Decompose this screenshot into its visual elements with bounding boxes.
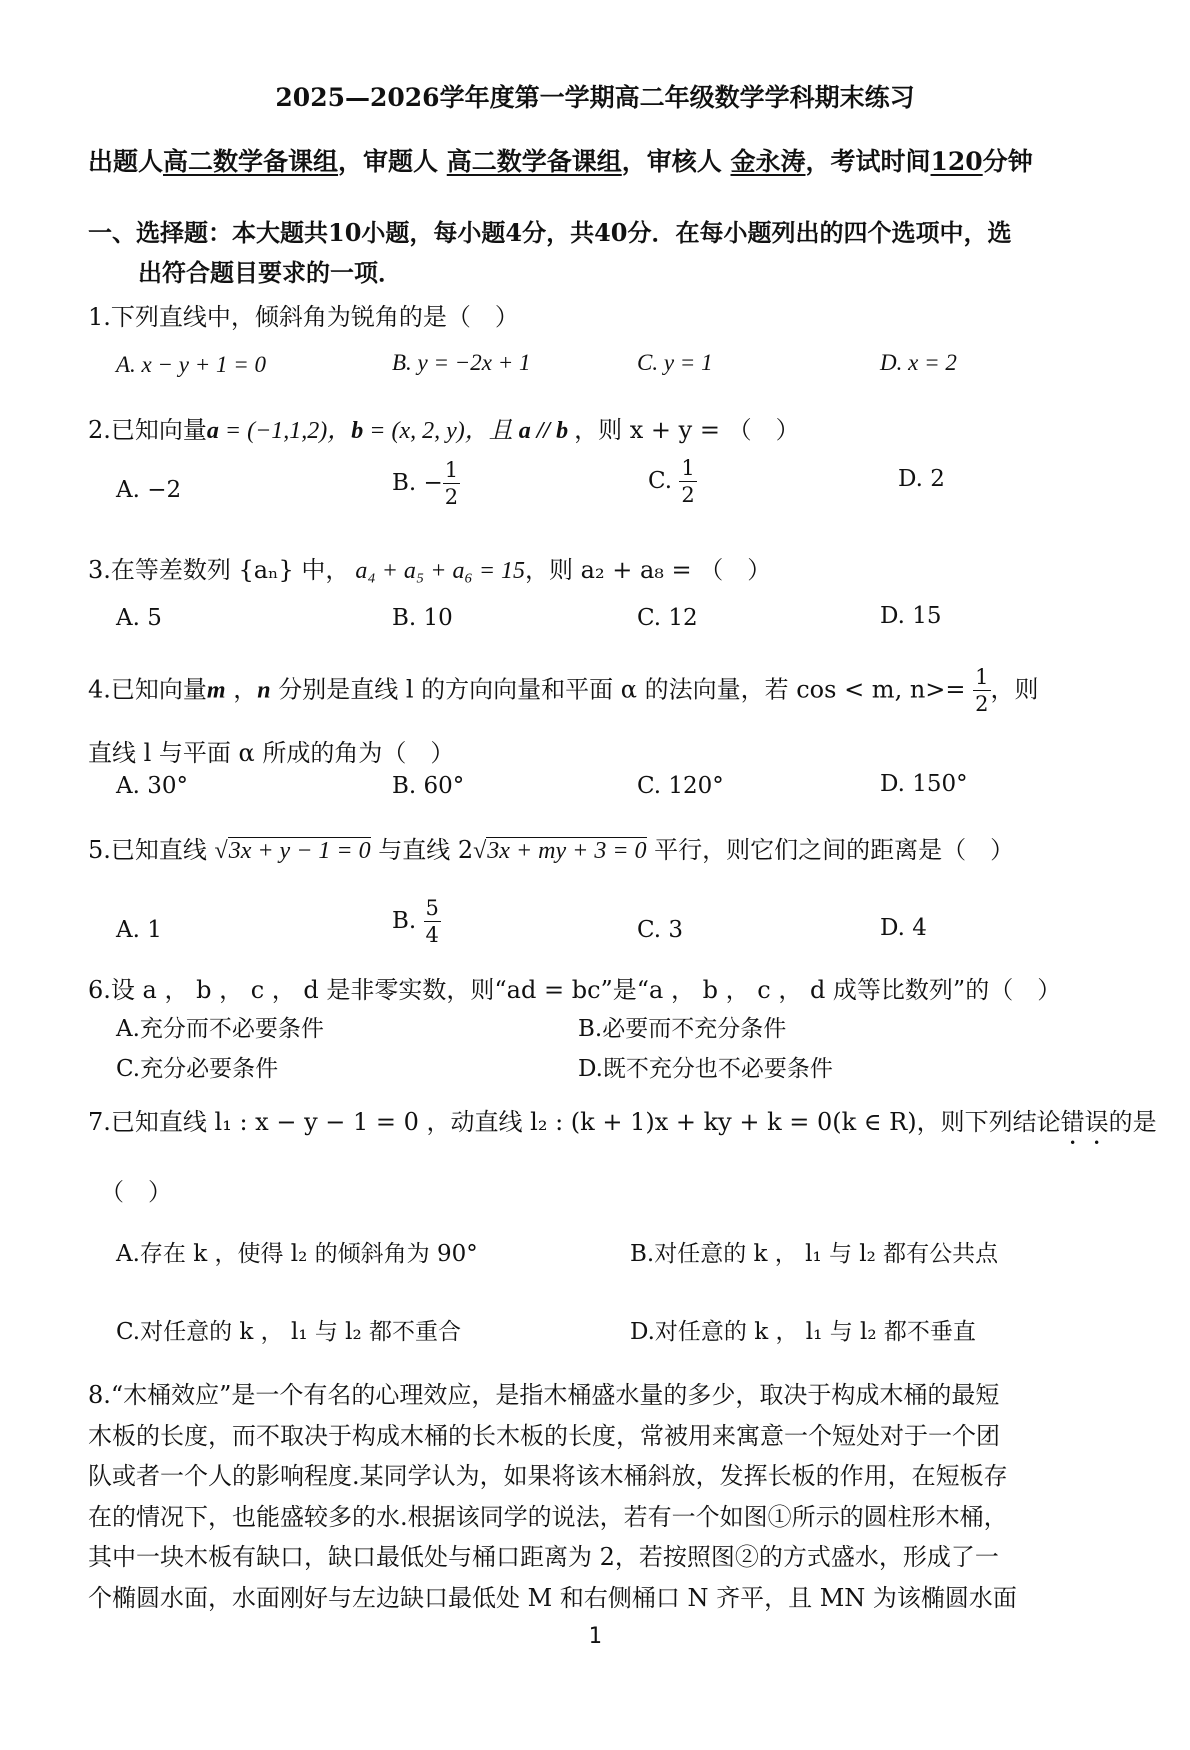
q2-prefix: 2.已知向量: [88, 416, 207, 444]
q3-suffix: ，则 a₂ + a₈ = （ ）: [525, 556, 771, 584]
question-3-option-d: D. 15: [880, 603, 942, 629]
option-b-label: B. −: [392, 470, 443, 496]
question-3-option-b: B. 10: [392, 605, 453, 631]
q5-mid: 与直线 2: [371, 836, 474, 864]
fraction-half: 12: [973, 667, 990, 715]
question-3-option-c: C. 12: [637, 605, 698, 631]
q4-mid: 分别是直线 l 的方向向量和平面 α 的法向量，若 cos < m, n>=: [271, 676, 974, 704]
q8-line: 个椭圆水面，水面刚好与左边缺口最低处 M 和右侧桶口 N 齐平，且 MN 为该椭…: [88, 1578, 1017, 1619]
option-c-label: C.: [648, 468, 679, 494]
question-7-option-a: A.存在 k ，使得 l₂ 的倾斜角为 90°: [116, 1235, 478, 1268]
time-unit: 分钟: [983, 147, 1033, 176]
question-5-option-a: A. 1: [116, 917, 162, 943]
vector-a-value: = (−1,1,2)，: [219, 418, 351, 444]
question-1-option-c: C. y = 1: [637, 350, 713, 376]
setter-label: 出题人: [88, 147, 163, 176]
question-4-option-c: C. 120°: [637, 773, 724, 799]
question-1-option-d: D. x = 2: [880, 350, 957, 376]
fraction-denominator: 2: [681, 482, 694, 506]
fraction-denominator: 4: [426, 922, 439, 946]
question-6-option-a: A.充分而不必要条件: [116, 1010, 324, 1043]
approver-name: 金永涛: [730, 147, 805, 176]
question-2-option-a: A. −2: [116, 477, 181, 503]
question-6-option-d: D.既不充分也不必要条件: [578, 1050, 833, 1083]
parallel-condition: a // b: [513, 418, 574, 444]
q3-condition: a₄ + a₅ + a₆ = 15: [349, 558, 525, 584]
page-number: 1: [0, 1624, 1190, 1649]
question-3-option-a: A. 5: [116, 605, 162, 631]
question-5-option-c: C. 3: [637, 917, 683, 943]
q4-prefix: 4.已知向量: [88, 676, 207, 704]
sqrt-expression: 3x + my + 3 = 0: [486, 837, 646, 864]
question-5-option-b: B. 54: [392, 898, 441, 946]
sqrt-expression: 3x + y − 1 = 0: [228, 837, 371, 864]
fraction-numerator: 1: [973, 667, 990, 691]
q3-prefix: 3.在等差数列 {aₙ} 中，: [88, 556, 349, 584]
fraction-half: 12: [679, 458, 696, 506]
q7-prefix: 7.已知直线 l₁ : x − y − 1 = 0 ，动直线 l₂ : (k +…: [88, 1108, 1061, 1136]
vector-b: b: [351, 418, 363, 444]
question-8-stem: 8.“木桶效应”是一个有名的心理效应，是指木桶盛水量的多少，取决于构成木桶的最短…: [88, 1375, 1017, 1618]
question-7-answer-bracket: （ ）: [100, 1172, 172, 1207]
question-2-option-d: D. 2: [898, 466, 945, 492]
setter-name: 高二数学备课组: [163, 147, 338, 176]
q8-line: 8.“木桶效应”是一个有名的心理效应，是指木桶盛水量的多少，取决于构成木桶的最短: [88, 1375, 1017, 1416]
emphasized-word: 错误: [1061, 1108, 1109, 1136]
q8-line: 木板的长度，而不取决于构成木桶的长木板的长度，常被用来寓意一个短处对于一个团: [88, 1416, 1017, 1457]
vector-m: m: [207, 678, 226, 704]
question-2-option-b: B. −12: [392, 460, 460, 508]
question-6-option-b: B.必要而不充分条件: [578, 1010, 786, 1043]
fraction-numerator: 1: [679, 458, 696, 482]
question-5-option-d: D. 4: [880, 915, 927, 941]
fraction-five-quarters: 54: [424, 898, 441, 946]
vector-n: n: [257, 678, 270, 704]
question-4-stem-line-1: 4.已知向量m ，n 分别是直线 l 的方向向量和平面 α 的法向量，若 cos…: [88, 667, 1039, 715]
exam-authors-line: 出题人高二数学备课组，审题人 高二数学备课组，审核人 金永涛，考试时间120分钟: [88, 142, 1033, 178]
fraction-denominator: 2: [975, 691, 988, 715]
q4-suffix: ，则: [991, 676, 1039, 704]
question-6-stem: 6.设 a ， b ， c ， d 是非零实数，则“ad = bc”是“a ， …: [88, 970, 1061, 1005]
fraction-numerator: 5: [424, 898, 441, 922]
question-7-option-d: D.对任意的 k ， l₁ 与 l₂ 都不垂直: [630, 1313, 976, 1346]
fraction-neg-half: 12: [443, 460, 460, 508]
question-1-option-b: B. y = −2x + 1: [392, 350, 531, 376]
exam-title: 2025—2026学年度第一学期高二年级数学学科期末练习: [0, 78, 1190, 114]
question-2-option-c: C. 12: [648, 458, 697, 506]
question-7-stem: 7.已知直线 l₁ : x − y − 1 = 0 ，动直线 l₂ : (k +…: [88, 1102, 1157, 1150]
question-1-stem: 1.下列直线中，倾斜角为锐角的是（ ）: [88, 297, 519, 332]
q2-suffix: ，则 x + y = （ ）: [574, 416, 799, 444]
question-6-option-c: C.充分必要条件: [116, 1050, 278, 1083]
question-7-option-c: C.对任意的 k ， l₁ 与 l₂ 都不重合: [116, 1313, 461, 1346]
fraction-numerator: 1: [443, 460, 460, 484]
question-4-option-d: D. 150°: [880, 771, 968, 797]
question-2-stem: 2.已知向量a = (−1,1,2)，b = (x, 2, y)，且 a // …: [88, 410, 800, 445]
q4-separator: ，: [226, 676, 258, 704]
q5-suffix: 平行，则它们之间的距离是（ ）: [647, 836, 1015, 864]
section-line-1: 一、选择题：本大题共10小题，每小题4分，共40分．在每小题列出的四个选项中，选: [88, 218, 1012, 247]
line-2-equation: √3x + my + 3 = 0: [473, 837, 646, 864]
time-value: 120: [931, 147, 983, 176]
reviewer-name: 高二数学备课组: [447, 147, 622, 176]
question-4-option-b: B. 60°: [392, 773, 464, 799]
question-4-stem-line-2: 直线 l 与平面 α 所成的角为（ ）: [88, 733, 454, 768]
q7-suffix: 的是: [1109, 1108, 1157, 1136]
section-line-2: 出符合题目要求的一项．: [88, 253, 1012, 293]
reviewer-label: ，审题人: [338, 147, 447, 176]
question-3-stem: 3.在等差数列 {aₙ} 中， a₄ + a₅ + a₆ = 15，则 a₂ +…: [88, 550, 771, 585]
question-7-option-b: B.对任意的 k ， l₁ 与 l₂ 都有公共点: [630, 1235, 998, 1268]
q8-line: 队或者一个人的影响程度.某同学认为，如果将该木桶斜放，发挥长板的作用，在短板存: [88, 1456, 1017, 1497]
time-label: ，考试时间: [806, 147, 931, 176]
q8-line: 在的情况下，也能盛较多的水.根据该同学的说法，若有一个如图①所示的圆柱形木桶，: [88, 1497, 1017, 1538]
approver-label: ，审核人: [622, 147, 731, 176]
fraction-denominator: 2: [445, 484, 458, 508]
question-4-option-a: A. 30°: [116, 773, 188, 799]
q5-prefix: 5.已知直线: [88, 836, 215, 864]
question-5-stem: 5.已知直线 √3x + y − 1 = 0 与直线 2√3x + my + 3…: [88, 830, 1014, 865]
section-heading: 一、选择题：本大题共10小题，每小题4分，共40分．在每小题列出的四个选项中，选…: [88, 213, 1012, 293]
vector-a: a: [207, 418, 219, 444]
question-1-option-a: A. x − y + 1 = 0: [116, 352, 266, 378]
vector-b-value: = (x, 2, y)，且: [363, 418, 512, 444]
option-b-label: B.: [392, 908, 424, 934]
q8-line: 其中一块木板有缺口，缺口最低处与桶口距离为 2，若按照图②的方式盛水，形成了一: [88, 1537, 1017, 1578]
line-1-equation: √3x + y − 1 = 0: [215, 837, 371, 864]
